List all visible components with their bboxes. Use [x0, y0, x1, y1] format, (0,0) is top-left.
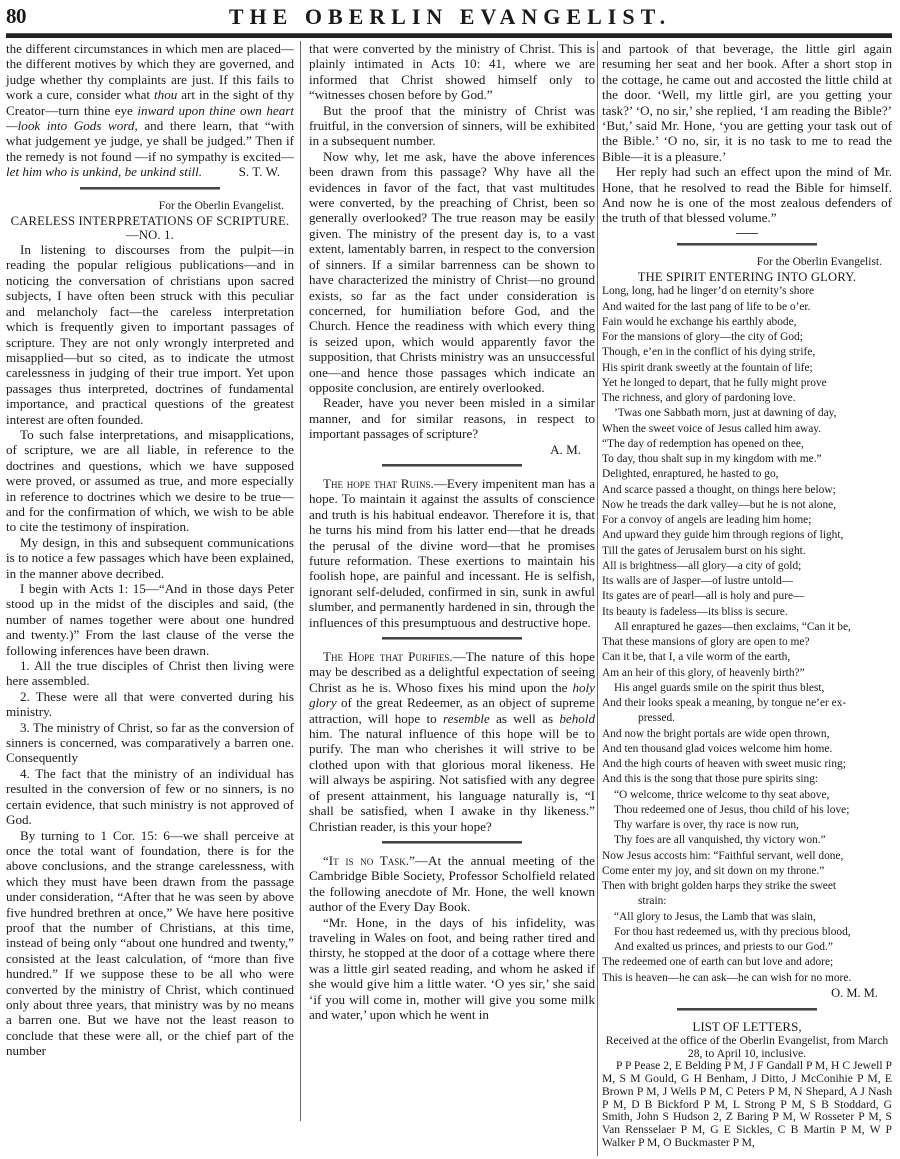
- poem-line: And scarce passed a thought, on things h…: [602, 483, 892, 498]
- poem-line: All is brightness—all glory—a city of go…: [602, 559, 892, 574]
- section-divider: [382, 464, 522, 467]
- poem-line: “All glory to Jesus, the Lamb that was s…: [602, 910, 892, 925]
- poem-title: THE SPIRIT ENTERING INTO GLORY.: [602, 270, 892, 284]
- poem-line: And upward they guide him through region…: [602, 528, 892, 543]
- poem-line: Then with bright golden harps they strik…: [602, 879, 892, 894]
- column-1: the different circumstances in which men…: [6, 41, 294, 1156]
- numbered-inference: 4. The fact that the ministry of an indi…: [6, 766, 294, 828]
- column-divider: [300, 41, 301, 1121]
- section-divider: [677, 243, 817, 246]
- section-divider: [677, 1008, 817, 1011]
- poem-line: His angel guards smile on the spirit thu…: [602, 681, 892, 696]
- letters-list: P P Pease 2, E Belding P M, J F Gandall …: [602, 1060, 892, 1150]
- numbered-inference: 1. All the true disciples of Christ then…: [6, 658, 294, 689]
- poem-line: And now the bright portals are wide open…: [602, 727, 892, 742]
- numbered-inference: 3. The ministry of Christ, so far as the…: [6, 720, 294, 766]
- article-paragraph: I begin with Acts 1: 15—“And in those da…: [6, 581, 294, 658]
- poem-line: And waited for the last pang of life to …: [602, 300, 892, 315]
- poem-line: “O welcome, thrice welcome to thy seat a…: [602, 788, 892, 803]
- hope-that-purifies-article: The Hope that Purifies.—The nature of th…: [309, 649, 595, 834]
- poem-line: All enraptured he gazes—then exclaims, “…: [602, 620, 892, 635]
- numbered-inference: 2. These were all that were converted du…: [6, 689, 294, 720]
- article-paragraph: Reader, have you never been misled in a …: [309, 395, 595, 441]
- poem-line: The richness, and glory of pardoning lov…: [602, 391, 892, 406]
- letters-title: LIST OF LETTERS,: [602, 1020, 892, 1034]
- attribution-line: For the Oberlin Evangelist.: [602, 255, 892, 270]
- poem-line: That these mansions of glory are open to…: [602, 635, 892, 650]
- poem-line: Long, long, had he linger’d on eternity’…: [602, 284, 892, 299]
- article-title: “It is no Task.”: [323, 853, 415, 868]
- poem-line: And exalted us princes, and priests to o…: [602, 940, 892, 955]
- signature: S. T. W.: [239, 164, 294, 179]
- section-divider: [80, 187, 220, 190]
- section-divider: [382, 637, 522, 640]
- signature: O. M. M.: [602, 986, 892, 1001]
- masthead: 80 THE OBERLIN EVANGELIST.: [0, 0, 900, 34]
- poem-line: pressed.: [602, 711, 892, 726]
- poem-line: For a convoy of angels are leading him h…: [602, 513, 892, 528]
- article-title: Careless Interpretations of Scripture.—N…: [6, 214, 294, 242]
- poem-line: This is heaven—he can ask—he can wish fo…: [602, 971, 892, 986]
- poem-line: His spirit drank sweetly at the fountain…: [602, 361, 892, 376]
- poem: Long, long, had he linger’d on eternity’…: [602, 284, 892, 986]
- poem-line: Now Jesus accosts him: “Faithful servant…: [602, 849, 892, 864]
- poem-line: ’Twas one Sabbath morn, just at dawning …: [602, 406, 892, 421]
- article-paragraph: By turning to 1 Cor. 15: 6—we shall perc…: [6, 828, 294, 1059]
- section-divider: [736, 233, 758, 234]
- masthead-rule: [6, 33, 892, 38]
- poem-line: “The day of redemption has opened on the…: [602, 437, 892, 452]
- poem-line: And this is the song that those pure spi…: [602, 772, 892, 787]
- article-paragraph: To such false interpretations, and misap…: [6, 427, 294, 535]
- letters-subtitle: Received at the office of the Oberlin Ev…: [602, 1034, 892, 1060]
- poem-line: Thy foes are all vanquished, thy victory…: [602, 833, 892, 848]
- page-columns: the different circumstances in which men…: [6, 41, 894, 1156]
- article-paragraph: In listening to discourses from the pulp…: [6, 242, 294, 427]
- poem-line: Delighted, enraptured, he hasted to go,: [602, 467, 892, 482]
- poem-line: Yet he longed to depart, that he fully m…: [602, 376, 892, 391]
- article-paragraph: that were converted by the ministry of C…: [309, 41, 595, 103]
- poem-line: Its walls are of Jasper—of lustre untold…: [602, 574, 892, 589]
- article-paragraph: My design, in this and subsequent commun…: [6, 535, 294, 581]
- poem-line: Thy warfare is over, thy race is now run…: [602, 818, 892, 833]
- poem-line: And their looks speak a meaning, by tong…: [602, 696, 892, 711]
- continued-article-paragraph: the different circumstances in which men…: [6, 41, 294, 180]
- column-2: that were converted by the ministry of C…: [309, 41, 595, 1156]
- poem-line: Fain would he exchange his earthly abode…: [602, 315, 892, 330]
- poem-line: When the sweet voice of Jesus called him…: [602, 422, 892, 437]
- article-paragraph: But the proof that the ministry of Chris…: [309, 103, 595, 149]
- poem-line: Its beauty is fadeless—its bliss is secu…: [602, 605, 892, 620]
- poem-line: Can it be, that I, a vile worm of the ea…: [602, 650, 892, 665]
- attribution-line: For the Oberlin Evangelist.: [6, 199, 294, 214]
- column-divider: [597, 41, 598, 1156]
- poem-line: Though, e’en in the conflict of his dyin…: [602, 345, 892, 360]
- poem-line: For the mansions of glory—the city of Go…: [602, 330, 892, 345]
- article-title: The Hope that Purifies.: [323, 649, 453, 664]
- hope-that-ruins-article: The hope that Ruins.—Every impenitent ma…: [309, 476, 595, 630]
- poem-line: Come enter my joy, and sit down on my th…: [602, 864, 892, 879]
- poem-line: strain:: [602, 894, 892, 909]
- poem-line: Till the gates of Jerusalem burst on his…: [602, 544, 892, 559]
- signature: A. M.: [309, 442, 595, 457]
- article-paragraph: and partook of that beverage, the little…: [602, 41, 892, 164]
- article-paragraph: “Mr. Hone, in the days of his infidelity…: [309, 915, 595, 1023]
- poem-line: To day, thou shalt sup in my kingdom wit…: [602, 452, 892, 467]
- poem-line: For thou hast redeemed us, with thy prec…: [602, 925, 892, 940]
- poem-line: Thou redeemed one of Jesus, thou child o…: [602, 803, 892, 818]
- poem-line: Am an heir of this glory, of heavenly bi…: [602, 666, 892, 681]
- newspaper-title: THE OBERLIN EVANGELIST.: [0, 4, 900, 30]
- article-paragraph: Her reply had such an effect upon the mi…: [602, 164, 892, 226]
- section-divider: [382, 841, 522, 844]
- poem-line: The redeemed one of earth can but love a…: [602, 955, 892, 970]
- column-3: and partook of that beverage, the little…: [602, 41, 892, 1156]
- article-paragraph: Now why, let me ask, have the above infe…: [309, 149, 595, 396]
- poem-line: Now he treads the dark valley—but he is …: [602, 498, 892, 513]
- poem-line: And ten thousand glad voices welcome him…: [602, 742, 892, 757]
- poem-line: Its gates are of pearl—all is holy and p…: [602, 589, 892, 604]
- no-task-article: “It is no Task.”—At the annual meeting o…: [309, 853, 595, 915]
- poem-line: And the high courts of heaven with sweet…: [602, 757, 892, 772]
- article-title: The hope that Ruins.: [323, 476, 434, 491]
